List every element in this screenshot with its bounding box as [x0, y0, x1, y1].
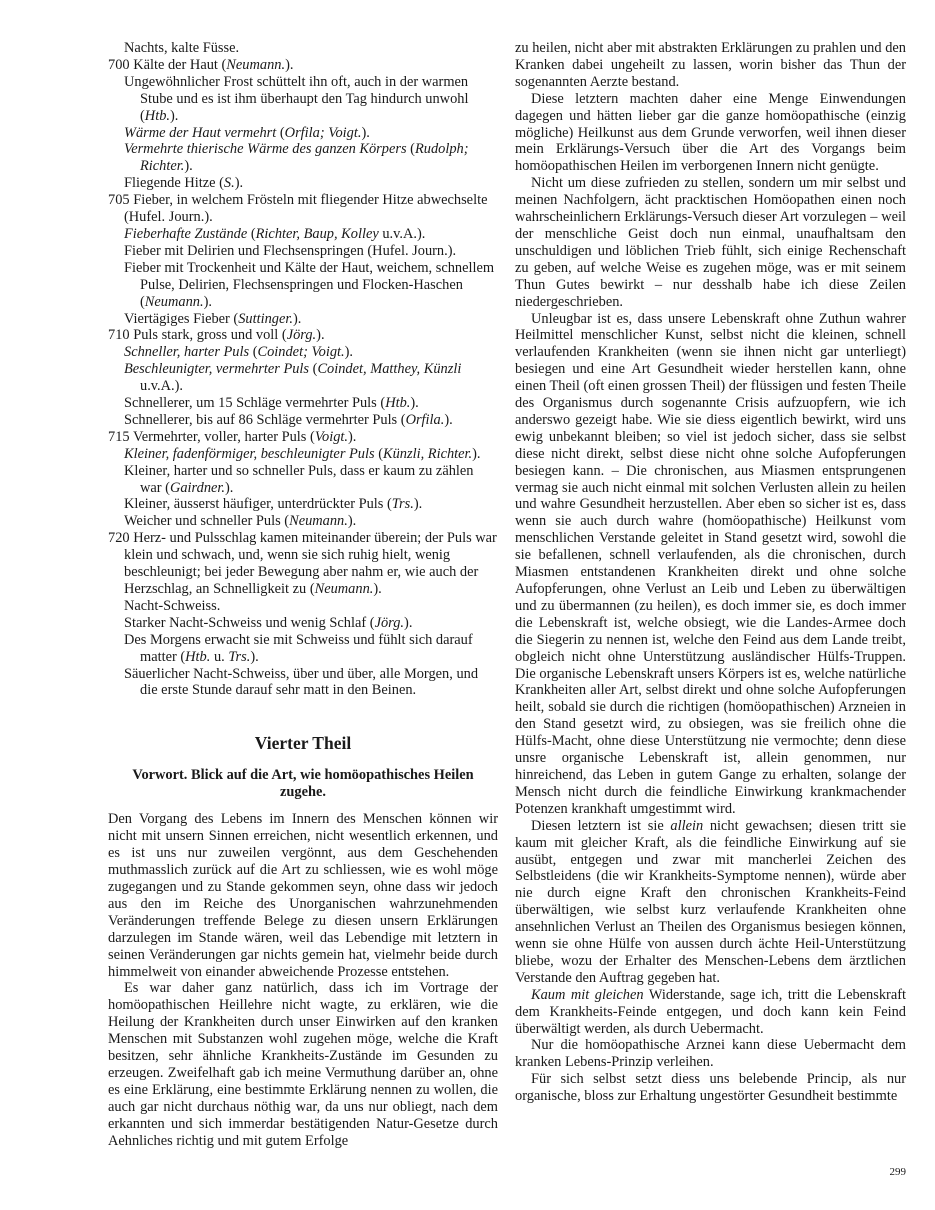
right-column: zu heilen, nicht aber mit abstrakten Erk… — [515, 40, 906, 1105]
italic-text: Künzli, Richter. — [383, 446, 472, 462]
symptom-number: 720 — [108, 530, 133, 546]
left-column: Nachts, kalte Füsse.700 Kälte der Haut (… — [108, 40, 498, 1149]
italic-text: Vermehrte thierische Wärme des ganzen Kö… — [124, 141, 407, 157]
symptom-entry: Beschleunigter, vermehrter Puls (Coindet… — [108, 361, 498, 395]
paragraph: Diese letztern machten daher eine Menge … — [515, 91, 906, 176]
italic-text: Jörg. — [375, 615, 404, 631]
text: ). — [404, 615, 412, 631]
section-heading: Vorwort. Blick auf die Art, wie homöopat… — [108, 767, 498, 801]
text: Für sich selbst setzt diess uns belebend… — [515, 1071, 906, 1104]
text: Unleugbar ist es, dass unsere Lebenskraf… — [515, 311, 906, 817]
text: u. — [210, 649, 228, 665]
text: Kälte der Haut ( — [133, 57, 226, 73]
symptom-entry: Schnellerer, um 15 Schläge vermehrter Pu… — [108, 395, 498, 412]
italic-text: Coindet; Voigt. — [258, 344, 345, 360]
text: ). — [373, 581, 381, 597]
symptom-entry: Kleiner, äusserst häufiger, unterdrückte… — [108, 496, 498, 513]
text: Schnellerer, bis auf 86 Schläge vermehrt… — [124, 412, 406, 428]
symptom-number: 705 — [108, 192, 133, 208]
paragraph: Nur die homöopathische Arznei kann diese… — [515, 1037, 906, 1071]
symptom-entry: 710 Puls stark, gross und voll (Jörg.). — [108, 327, 498, 344]
text: ). — [235, 175, 243, 191]
text: Vermehrter, voller, harter Puls ( — [133, 429, 315, 445]
italic-text: Trs. — [392, 496, 414, 512]
paragraph: Es war daher ganz natürlich, dass ich im… — [108, 980, 498, 1149]
text: Nicht um diese zufrieden zu stellen, son… — [515, 175, 906, 309]
text: Viertägiges Fieber ( — [124, 311, 238, 327]
symptom-number: 715 — [108, 429, 133, 445]
text: ). — [348, 429, 356, 445]
italic-text: Htb. — [385, 395, 410, 411]
text: Nachts, kalte Füsse. — [124, 40, 239, 56]
text: ). — [204, 294, 212, 310]
text: ( — [276, 125, 284, 141]
text: Diesen letztern ist sie — [531, 818, 670, 834]
italic-text: S. — [224, 175, 235, 191]
italic-text: Trs. — [228, 649, 250, 665]
text: Des Morgens erwacht sie mit Schweiss und… — [124, 632, 473, 665]
symptom-entry: 700 Kälte der Haut (Neumann.). — [108, 57, 498, 74]
symptom-entry: 705 Fieber, in welchem Frösteln mit flie… — [108, 192, 498, 226]
text: Herz- und Pulsschlag kamen miteinander ü… — [124, 530, 497, 597]
italic-text: Jörg. — [287, 327, 316, 343]
italic-text: Neumann. — [226, 57, 285, 73]
symptom-entry: Nacht-Schweiss. — [108, 598, 498, 615]
text: ). — [184, 158, 192, 174]
symptom-number: 710 — [108, 327, 133, 343]
text: Diese letztern machten daher eine Menge … — [515, 91, 906, 175]
text: ). — [414, 496, 422, 512]
text: ). — [170, 108, 178, 124]
italic-text: Wärme der Haut vermehrt — [124, 125, 276, 141]
text: ( — [375, 446, 383, 462]
symptom-entry: Fliegende Hitze (S.). — [108, 175, 498, 192]
italic-text: Richter, Baup, Kolley — [256, 226, 379, 242]
italic-text: Neumann. — [315, 581, 374, 597]
symptom-entry: Weicher und schneller Puls (Neumann.). — [108, 513, 498, 530]
italic-text: Neumann. — [145, 294, 204, 310]
text: ). — [285, 57, 293, 73]
symptom-entry: Fieber mit Delirien und Flechsenspringen… — [108, 243, 498, 260]
italic-text: Fieberhafte Zustände — [124, 226, 247, 242]
text: ( — [247, 226, 255, 242]
paragraph: Unleugbar ist es, dass unsere Lebenskraf… — [515, 311, 906, 818]
symptom-entry: 715 Vermehrter, voller, harter Puls (Voi… — [108, 429, 498, 446]
symptom-entry: Starker Nacht-Schweiss und wenig Schlaf … — [108, 615, 498, 632]
page-number: 299 — [890, 1166, 907, 1178]
italic-text: Coindet, Matthey, Künzli — [317, 361, 461, 377]
symptom-entry: Des Morgens erwacht sie mit Schweiss und… — [108, 632, 498, 666]
part-heading: Vierter Theil — [108, 733, 498, 753]
text: Säuerlicher Nacht-Schweiss, über und übe… — [124, 666, 478, 699]
italic-text: Neumann. — [289, 513, 348, 529]
text: Weicher und schneller Puls ( — [124, 513, 289, 529]
text: Starker Nacht-Schweiss und wenig Schlaf … — [124, 615, 375, 631]
text: ). — [250, 649, 258, 665]
italic-text: Kaum mit gleichen — [531, 987, 644, 1003]
symptom-entry: 720 Herz- und Pulsschlag kamen miteinand… — [108, 530, 498, 598]
text: Schnellerer, um 15 Schläge vermehrter Pu… — [124, 395, 385, 411]
text: u.v.A.). — [140, 378, 183, 394]
text: ). — [444, 412, 452, 428]
text: Puls stark, gross und voll ( — [133, 327, 287, 343]
text: Fliegende Hitze ( — [124, 175, 224, 191]
symptom-entry: Schnellerer, bis auf 86 Schläge vermehrt… — [108, 412, 498, 429]
text: Nur die homöopathische Arznei kann diese… — [515, 1037, 906, 1070]
italic-text: Gairdner. — [170, 480, 225, 496]
text: Kleiner, äusserst häufiger, unterdrückte… — [124, 496, 392, 512]
italic-text: Schneller, harter Puls — [124, 344, 249, 360]
text: ). — [345, 344, 353, 360]
text: ). — [225, 480, 233, 496]
text: ( — [407, 141, 415, 157]
symptom-entry: Kleiner, fadenförmiger, beschleunigter P… — [108, 446, 498, 463]
symptom-entry: Vermehrte thierische Wärme des ganzen Kö… — [108, 141, 498, 175]
text: u.v.A.). — [379, 226, 426, 242]
text: ). — [316, 327, 324, 343]
italic-text: Kleiner, fadenförmiger, beschleunigter P… — [124, 446, 375, 462]
symptom-entry: Säuerlicher Nacht-Schweiss, über und übe… — [108, 666, 498, 700]
italic-text: Orfila. — [406, 412, 445, 428]
text: ). — [410, 395, 418, 411]
paragraph: Nicht um diese zufrieden zu stellen, son… — [515, 175, 906, 310]
text: Fieber mit Delirien und Flechsenspringen… — [124, 243, 456, 259]
italic-text: Orfila; Voigt. — [285, 125, 362, 141]
text: ). — [293, 311, 301, 327]
symptom-entry: Fieber mit Trockenheit und Kälte der Hau… — [108, 260, 498, 311]
symptom-entry: Wärme der Haut vermehrt (Orfila; Voigt.)… — [108, 125, 498, 142]
symptom-entry: Schneller, harter Puls (Coindet; Voigt.)… — [108, 344, 498, 361]
paragraph: zu heilen, nicht aber mit abstrakten Erk… — [515, 40, 906, 91]
right-paragraphs: zu heilen, nicht aber mit abstrakten Erk… — [515, 40, 906, 1105]
symptom-list: Nachts, kalte Füsse.700 Kälte der Haut (… — [108, 40, 498, 699]
text: ). — [361, 125, 369, 141]
italic-text: Suttinger. — [238, 311, 293, 327]
text: zu heilen, nicht aber mit abstrakten Erk… — [515, 40, 906, 90]
symptom-entry: Kleiner, harter und so schneller Puls, d… — [108, 463, 498, 497]
symptom-entry: Nachts, kalte Füsse. — [108, 40, 498, 57]
text: ). — [472, 446, 480, 462]
text: Nacht-Schweiss. — [124, 598, 220, 614]
symptom-number: 700 — [108, 57, 133, 73]
paragraph: Den Vorgang des Lebens im Innern des Men… — [108, 811, 498, 980]
italic-text: allein — [670, 818, 703, 834]
italic-text: Beschleunigter, vermehrter Puls — [124, 361, 309, 377]
paragraph: Für sich selbst setzt diess uns belebend… — [515, 1071, 906, 1105]
section-gap — [108, 699, 498, 733]
italic-text: Htb. — [145, 108, 170, 124]
paragraph: Kaum mit gleichen Widerstande, sage ich,… — [515, 987, 906, 1038]
text: ( — [249, 344, 257, 360]
symptom-entry: Fieberhafte Zustände (Richter, Baup, Kol… — [108, 226, 498, 243]
paragraph: Diesen letztern ist sie allein nicht gew… — [515, 818, 906, 987]
text: ). — [348, 513, 356, 529]
symptom-entry: Viertägiges Fieber (Suttinger.). — [108, 311, 498, 328]
text: Fieber, in welchem Frösteln mit fliegend… — [124, 192, 487, 225]
symptom-entry: Ungewöhnlicher Frost schüttelt ihn oft, … — [108, 74, 498, 125]
italic-text: Htb. — [185, 649, 210, 665]
text: nicht gewachsen; diesen tritt sie kaum m… — [515, 818, 906, 986]
italic-text: Voigt. — [315, 429, 348, 445]
